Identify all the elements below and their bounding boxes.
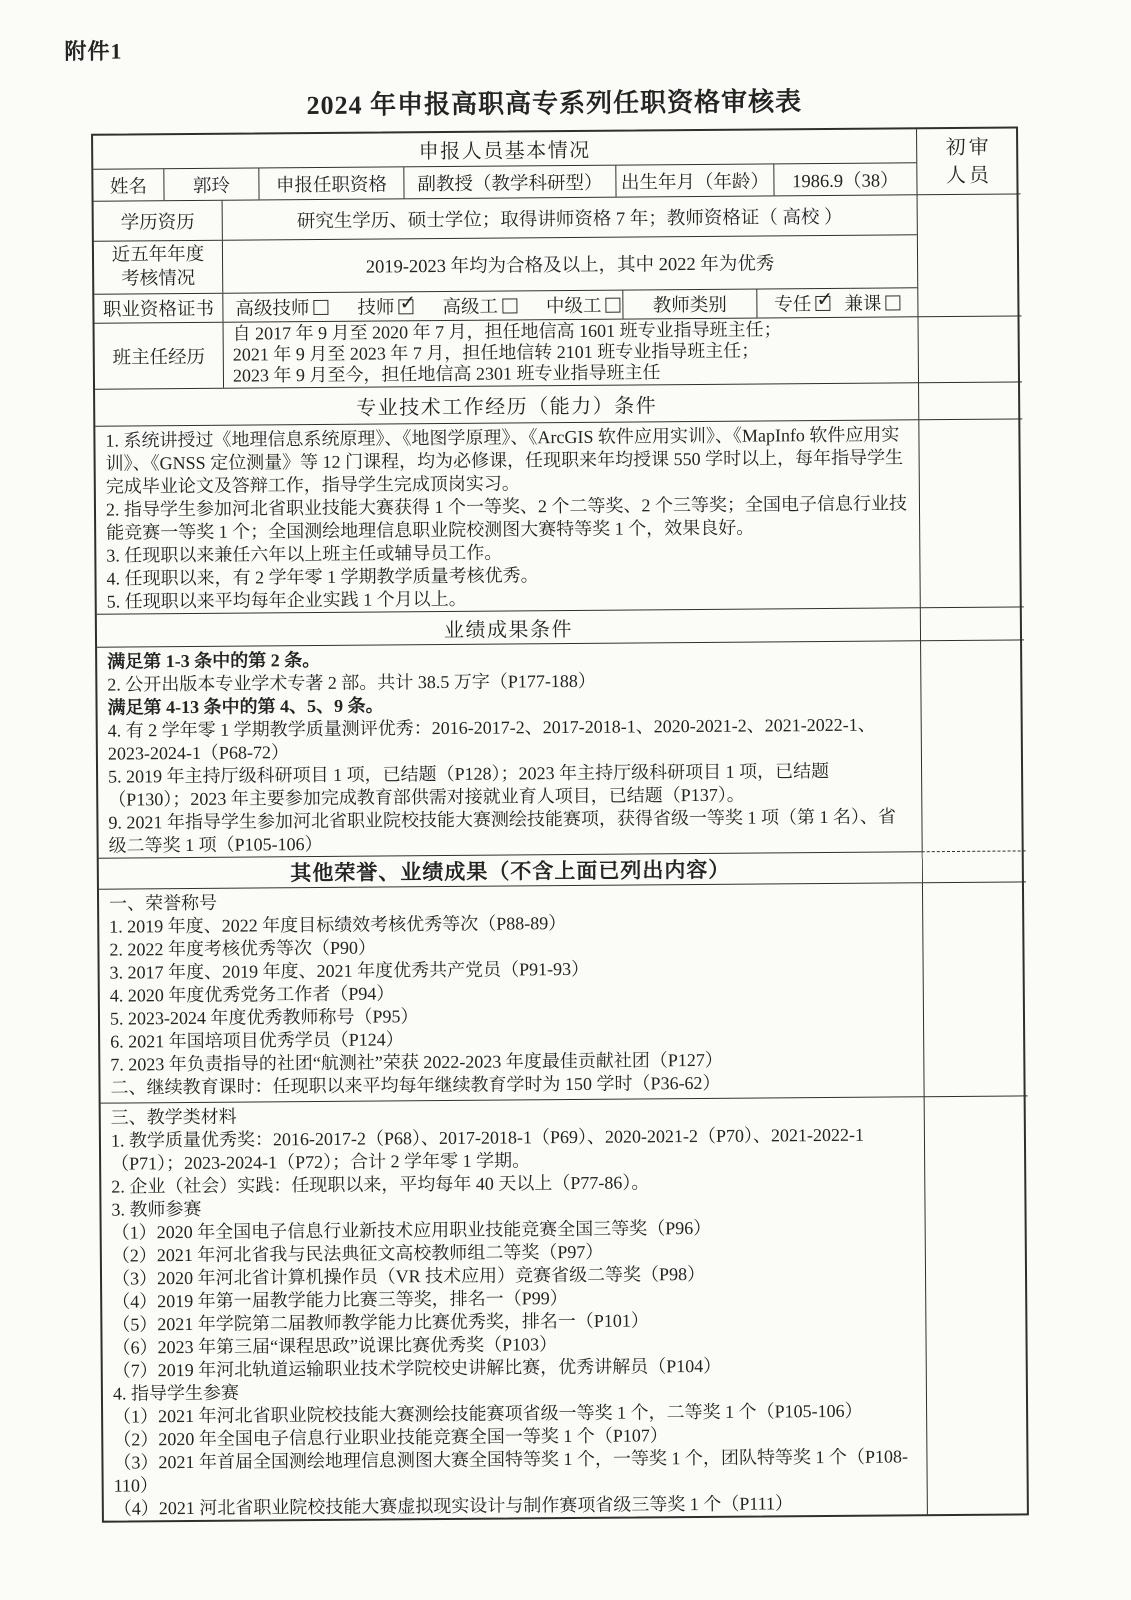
homeroom-value: 自 2017 年 9 月至 2020 年 7 月，担任地信高 1601 班专业指…	[223, 317, 918, 387]
text-line: 2. 指导学生参加河北省职业技能大赛获得 1 个一等奖、2 个二等奖、2 个三等…	[106, 492, 909, 544]
assessment-label: 近五年年度 考核情况	[94, 241, 222, 294]
row-assessment: 近五年年度 考核情况 2019-2023 年均为合格及以上，其中 2022 年为…	[94, 234, 917, 293]
text-line: 4. 有 2 学年零 1 学期教学质量测评优秀：2016-2017-2、2017…	[108, 713, 911, 765]
checkbox-label: 技师	[357, 293, 394, 319]
homeroom-line: 2021 年 9 月至 2023 年 7 月，担任地信转 2101 班专业指导班…	[233, 340, 782, 365]
teaching-materials-content: 三、教学类材料1. 教学质量优秀奖：2016-2017-2（P68）、2017-…	[101, 1096, 927, 1520]
review-cell	[917, 193, 1022, 316]
checkbox-option: 兼课✓	[844, 289, 900, 315]
section-work-experience-header: 专业技术工作经历（能力）条件	[95, 382, 918, 425]
review-cell	[920, 606, 1024, 640]
text-line: 二、继续教育课时：任现职以来平均每年继续教育学时为 150 学时（P36-62）	[110, 1070, 913, 1099]
page-title: 2024 年申报高职高专系列任职资格审核表	[91, 79, 1018, 123]
teacher-type-label: 教师类别	[622, 290, 756, 319]
checkbox: ✓	[502, 298, 517, 313]
checkbox-option: 高级技师✓	[235, 294, 328, 321]
qualification-label: 申报任职资格	[258, 167, 403, 199]
reviewer-header: 初审 人员	[946, 133, 992, 189]
name-label: 姓名	[93, 169, 163, 201]
work-experience-content: 1. 系统讲授过《地理信息系统原理》、《地图学原理》、《ArcGIS 软件应用实…	[95, 419, 919, 613]
teacher-type-options: 专任✓ 兼课✓	[756, 288, 917, 317]
checkbox-option: 高级工✓	[442, 292, 517, 319]
check-mark-icon: ✓	[816, 288, 833, 308]
checkbox-label: 高级工	[442, 293, 498, 319]
achievements-content: 满足第 1-3 条中的第 2 条。2. 公开出版本专业学术专著 2 部。共计 3…	[97, 640, 922, 857]
checkbox-label: 中级工	[546, 292, 602, 318]
checkbox-label: 高级技师	[235, 294, 309, 321]
certificate-label: 职业资格证书	[94, 294, 222, 323]
honors-content: 一、荣誉称号1. 2019 年度、2022 年度目标绩效考核优秀等次（P88-8…	[99, 882, 924, 1102]
checkbox: ✓	[313, 299, 328, 314]
education-value: 研究生学历、硕士学位；取得讲师资格 7 年；教师资格证（ 高校 ）	[222, 195, 917, 239]
text-line: 1. 系统讲授过《地理信息系统原理》、《地图学原理》、《ArcGIS 软件应用实…	[105, 423, 909, 498]
birth-label: 出生年月（年龄）	[615, 164, 773, 196]
education-label: 学历资历	[94, 201, 222, 241]
review-cell	[918, 381, 1022, 419]
text-line: （4）2021 河北省职业院校技能大赛虚拟现实设计与制作赛项省级三等奖 1 个（…	[114, 1491, 917, 1520]
checkbox-label: 专任	[774, 290, 811, 316]
checkbox: ✓	[885, 295, 900, 310]
checkbox-label: 兼课	[844, 290, 881, 316]
qualification-value: 副教授（教学科研型）	[403, 166, 615, 199]
review-column-header-cell: 初审 人员	[916, 128, 1021, 194]
row-education: 学历资历 研究生学历、硕士学位；取得讲师资格 7 年；教师资格证（ 高校 ）	[94, 194, 917, 240]
name-value: 郭玲	[163, 168, 258, 200]
review-cell	[918, 418, 1023, 607]
qualification-review-table: 申报人员基本情况 姓名 郭玲 申报任职资格 副教授（教学科研型） 出生年月（年龄…	[91, 126, 1029, 1522]
checkbox: ✓	[398, 299, 413, 314]
assessment-value: 2019-2023 年均为合格及以上，其中 2022 年为优秀	[222, 235, 917, 292]
attachment-label: 附件1	[64, 34, 122, 65]
certificate-options: 高级技师✓ 技师✓ 高级工✓ 中级工✓	[222, 291, 622, 322]
checkbox: ✓	[605, 297, 620, 312]
text-line: 5. 2019 年主持厅级科研项目 1 项，已结题（P128）；2023 年主持…	[108, 759, 911, 811]
review-cell	[917, 315, 1022, 382]
homeroom-line: 2023 年 9 月至今，担任地信高 2301 班专业指导班主任	[233, 361, 782, 386]
scanned-form-page: 附件1 2024 年申报高职高专系列任职资格审核表 申报人员基本情况 姓名 郭玲…	[0, 0, 1131, 1600]
checkbox-option: 技师✓	[357, 293, 413, 319]
text-line: （3）2021 年首届全国测绘地理信息测图大赛全国特等奖 1 个，一等奖 1 个…	[113, 1445, 916, 1497]
text-line: 1. 教学质量优秀奖：2016-2017-2（P68）、2017-2018-1（…	[111, 1123, 914, 1175]
row-homeroom: 班主任经历 自 2017 年 9 月至 2020 年 7 月，担任地信高 160…	[95, 316, 918, 388]
review-cell	[922, 850, 1026, 882]
review-cell	[920, 639, 1026, 851]
review-cell	[922, 881, 1028, 1096]
homeroom-label: 班主任经历	[95, 323, 224, 389]
check-mark-icon: ✓	[399, 292, 416, 312]
checkbox: ✓	[815, 295, 830, 310]
text-line: 9. 2021 年指导学生参加河北省职业院校技能大赛测绘技能赛项，获得省级一等奖…	[108, 805, 911, 857]
checkbox-option: 中级工✓	[546, 292, 621, 319]
review-cell	[924, 1095, 1031, 1514]
birth-value: 1986.9（38）	[773, 163, 916, 195]
checkbox-option: 专任✓	[774, 290, 830, 316]
